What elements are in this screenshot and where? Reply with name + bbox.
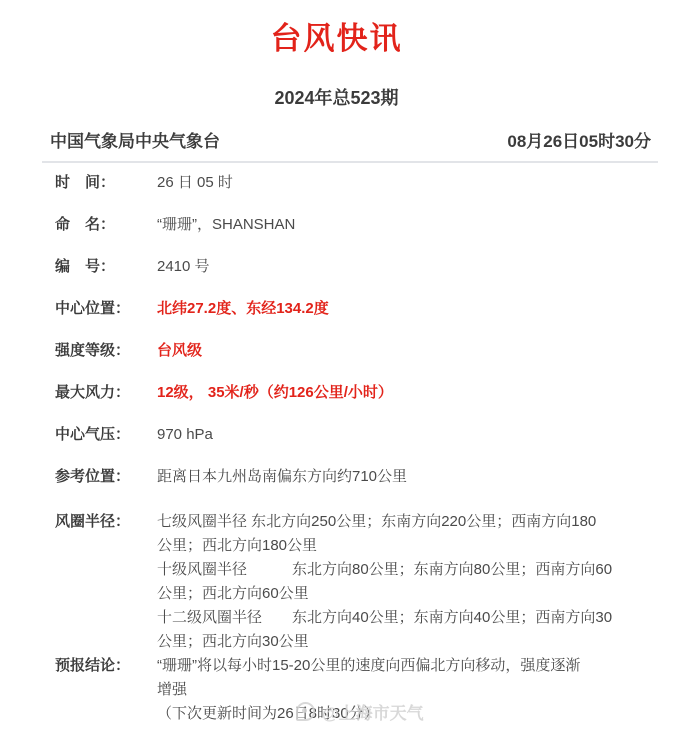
wind-radius-line: 十二级风圈半径 东北方向40公里；东南方向40公里；西南方向30 [157, 606, 612, 630]
field-label: 命 名： [55, 216, 157, 234]
field-row-center-position: 中心位置： 北纬27.2度、东经134.2度 [0, 300, 673, 318]
header-row: 中国气象局中央气象台 08月26日05时30分 [50, 132, 651, 152]
field-label: 强度等级： [55, 342, 157, 360]
field-row-time: 时 间： 26 日 05 时 [0, 174, 673, 192]
field-value: 2410 号 [157, 258, 210, 276]
bulletin-fields: 时 间： 26 日 05 时 命 名： “珊珊”，SHANSHAN 编 号： 2… [0, 174, 673, 486]
field-label: 参考位置： [55, 468, 157, 486]
field-value: 12级， 35米/秒（约126公里/小时） [157, 384, 393, 402]
forecast-lines: “珊珊”将以每小时15-20公里的速度向西偏北方向移动，强度逐渐 增强 （下次更… [157, 654, 580, 726]
issue-number: 2024年总523期 [0, 88, 673, 108]
wind-radius-line: 公里；西北方向30公里 [157, 630, 612, 654]
forecast-line: （下次更新时间为26日8时30分） [157, 702, 580, 726]
field-value: 台风级 [157, 342, 202, 360]
agency-name: 中国气象局中央气象台 [50, 132, 220, 152]
wind-radius-line: 十级风圈半径 东北方向80公里；东南方向80公里；西南方向60 [157, 558, 612, 582]
field-value: 距离日本九州岛南偏东方向约710公里 [157, 468, 407, 486]
field-value: 970 hPa [157, 426, 213, 444]
wind-radius-line: 公里；西北方向60公里 [157, 582, 612, 606]
field-label: 中心气压： [55, 426, 157, 444]
bulletin-title: 台风快讯 [0, 0, 673, 56]
field-value: 北纬27.2度、东经134.2度 [157, 300, 329, 318]
wind-radius-line: 七级风圈半径 东北方向250公里；东南方向220公里；西南方向180 [157, 510, 612, 534]
field-row-name: 命 名： “珊珊”，SHANSHAN [0, 216, 673, 234]
field-row-max-wind: 最大风力： 12级， 35米/秒（约126公里/小时） [0, 384, 673, 402]
field-row-pressure: 中心气压： 970 hPa [0, 426, 673, 444]
wind-radius-line: 公里；西北方向180公里 [157, 534, 612, 558]
forecast-line: 增强 [157, 678, 580, 702]
wind-radius-block: 风圈半径： 七级风圈半径 东北方向250公里；东南方向220公里；西南方向180… [0, 510, 673, 654]
wind-radius-lines: 七级风圈半径 东北方向250公里；东南方向220公里；西南方向180 公里；西北… [157, 510, 612, 654]
forecast-block: 预报结论： “珊珊”将以每小时15-20公里的速度向西偏北方向移动，强度逐渐 增… [0, 654, 673, 726]
field-label: 编 号： [55, 258, 157, 276]
field-label: 风圈半径： [55, 510, 157, 654]
field-label: 最大风力： [55, 384, 157, 402]
field-row-reference-position: 参考位置： 距离日本九州岛南偏东方向约710公里 [0, 468, 673, 486]
field-label: 预报结论： [55, 654, 157, 726]
header-divider [42, 161, 658, 163]
field-label: 时 间： [55, 174, 157, 192]
field-value: 26 日 05 时 [157, 174, 233, 192]
field-value: “珊珊”，SHANSHAN [157, 216, 295, 234]
issue-datetime: 08月26日05时30分 [507, 132, 651, 152]
forecast-line: “珊珊”将以每小时15-20公里的速度向西偏北方向移动，强度逐渐 [157, 654, 580, 678]
field-row-intensity: 强度等级： 台风级 [0, 342, 673, 360]
typhoon-bulletin: 台风快讯 2024年总523期 中国气象局中央气象台 08月26日05时30分 … [0, 0, 673, 733]
field-row-number: 编 号： 2410 号 [0, 258, 673, 276]
field-label: 中心位置： [55, 300, 157, 318]
